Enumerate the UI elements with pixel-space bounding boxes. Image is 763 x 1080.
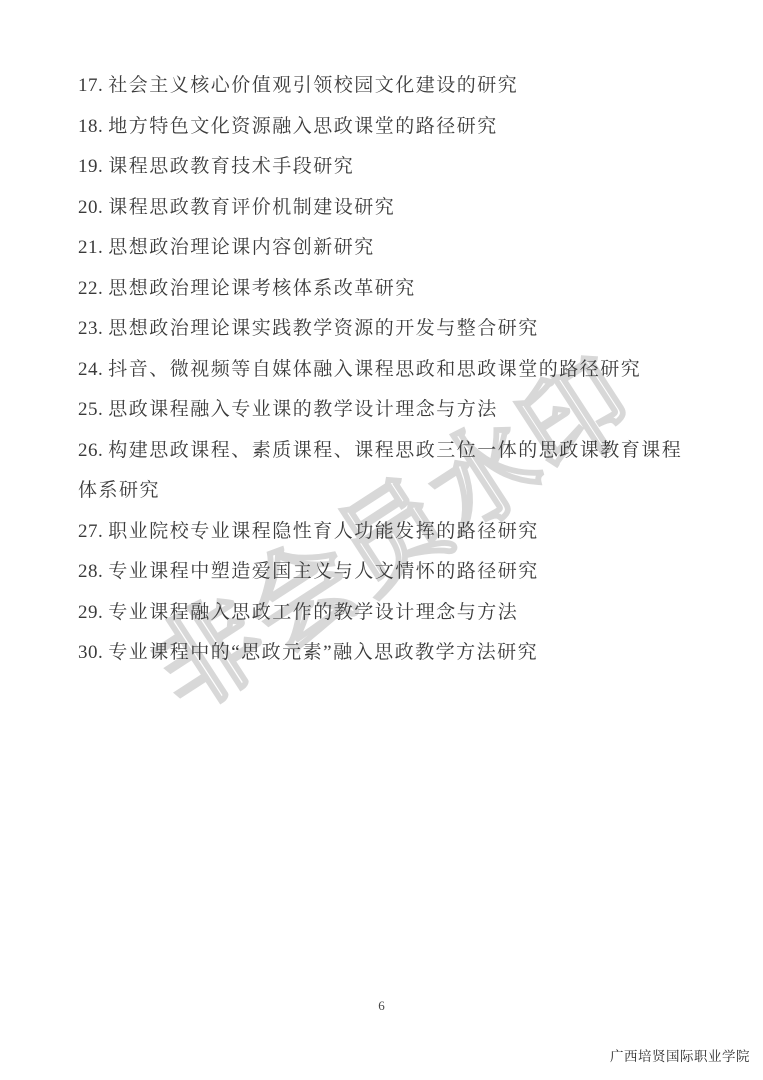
list-item: 20.课程思政教育评价机制建设研究 — [78, 188, 723, 229]
list-item: 17.社会主义核心价值观引领校园文化建设的研究 — [78, 66, 723, 107]
item-number: 25. — [78, 399, 103, 420]
list-item: 30.专业课程中的“思政元素”融入思政教学方法研究 — [78, 633, 723, 674]
item-text: 思想政治理论课内容创新研究 — [108, 237, 375, 258]
item-text: 课程思政教育技术手段研究 — [108, 156, 354, 177]
item-number: 17. — [78, 75, 103, 96]
list-item: 19.课程思政教育技术手段研究 — [78, 147, 723, 188]
item-text: 地方特色文化资源融入思政课堂的路径研究 — [108, 116, 498, 137]
page-number: 6 — [0, 997, 763, 1015]
item-text: 思想政治理论课考核体系改革研究 — [108, 278, 416, 299]
item-text: 课程思政教育评价机制建设研究 — [108, 197, 395, 218]
item-number: 22. — [78, 278, 103, 299]
item-number: 28. — [78, 561, 103, 582]
item-text: 专业课程中塑造爱国主义与人文情怀的路径研究 — [108, 561, 539, 582]
item-text-line2: 体系研究 — [78, 471, 723, 512]
item-number: 30. — [78, 642, 103, 663]
list-item: 27.职业院校专业课程隐性育人功能发挥的路径研究 — [78, 512, 723, 553]
item-text: 抖音、微视频等自媒体融入课程思政和思政课堂的路径研究 — [108, 359, 641, 380]
item-number: 26. — [78, 440, 103, 461]
item-text: 社会主义核心价值观引领校园文化建设的研究 — [108, 75, 518, 96]
item-text: 专业课程融入思政工作的教学设计理念与方法 — [108, 602, 518, 623]
list-item: 24.抖音、微视频等自媒体融入课程思政和思政课堂的路径研究 — [78, 350, 723, 391]
list-item: 26.构建思政课程、素质课程、课程思政三位一体的思政课教育课程体系研究 — [78, 431, 723, 512]
list-item: 23.思想政治理论课实践教学资源的开发与整合研究 — [78, 309, 723, 350]
list-item: 25.思政课程融入专业课的教学设计理念与方法 — [78, 390, 723, 431]
item-number: 24. — [78, 359, 103, 380]
list-item: 18.地方特色文化资源融入思政课堂的路径研究 — [78, 107, 723, 148]
item-text: 思想政治理论课实践教学资源的开发与整合研究 — [108, 318, 539, 339]
document-page: 非会员水印 17.社会主义核心价值观引领校园文化建设的研究 18.地方特色文化资… — [0, 0, 763, 1080]
list-item: 29.专业课程融入思政工作的教学设计理念与方法 — [78, 593, 723, 634]
footer-school-name: 广西培贤国际职业学院 — [610, 1048, 750, 1066]
item-number: 21. — [78, 237, 103, 258]
list-item: 28.专业课程中塑造爱国主义与人文情怀的路径研究 — [78, 552, 723, 593]
item-number: 23. — [78, 318, 103, 339]
item-number: 27. — [78, 521, 103, 542]
item-text: 职业院校专业课程隐性育人功能发挥的路径研究 — [108, 521, 539, 542]
list-item: 22.思想政治理论课考核体系改革研究 — [78, 269, 723, 310]
list-item: 21.思想政治理论课内容创新研究 — [78, 228, 723, 269]
item-text: 专业课程中的“思政元素”融入思政教学方法研究 — [108, 642, 538, 663]
item-number: 29. — [78, 602, 103, 623]
item-number: 20. — [78, 197, 103, 218]
topic-list: 17.社会主义核心价值观引领校园文化建设的研究 18.地方特色文化资源融入思政课… — [78, 66, 723, 674]
item-text: 构建思政课程、素质课程、课程思政三位一体的思政课教育课程 — [108, 440, 682, 461]
item-text: 思政课程融入专业课的教学设计理念与方法 — [108, 399, 498, 420]
item-number: 18. — [78, 116, 103, 137]
item-number: 19. — [78, 156, 103, 177]
